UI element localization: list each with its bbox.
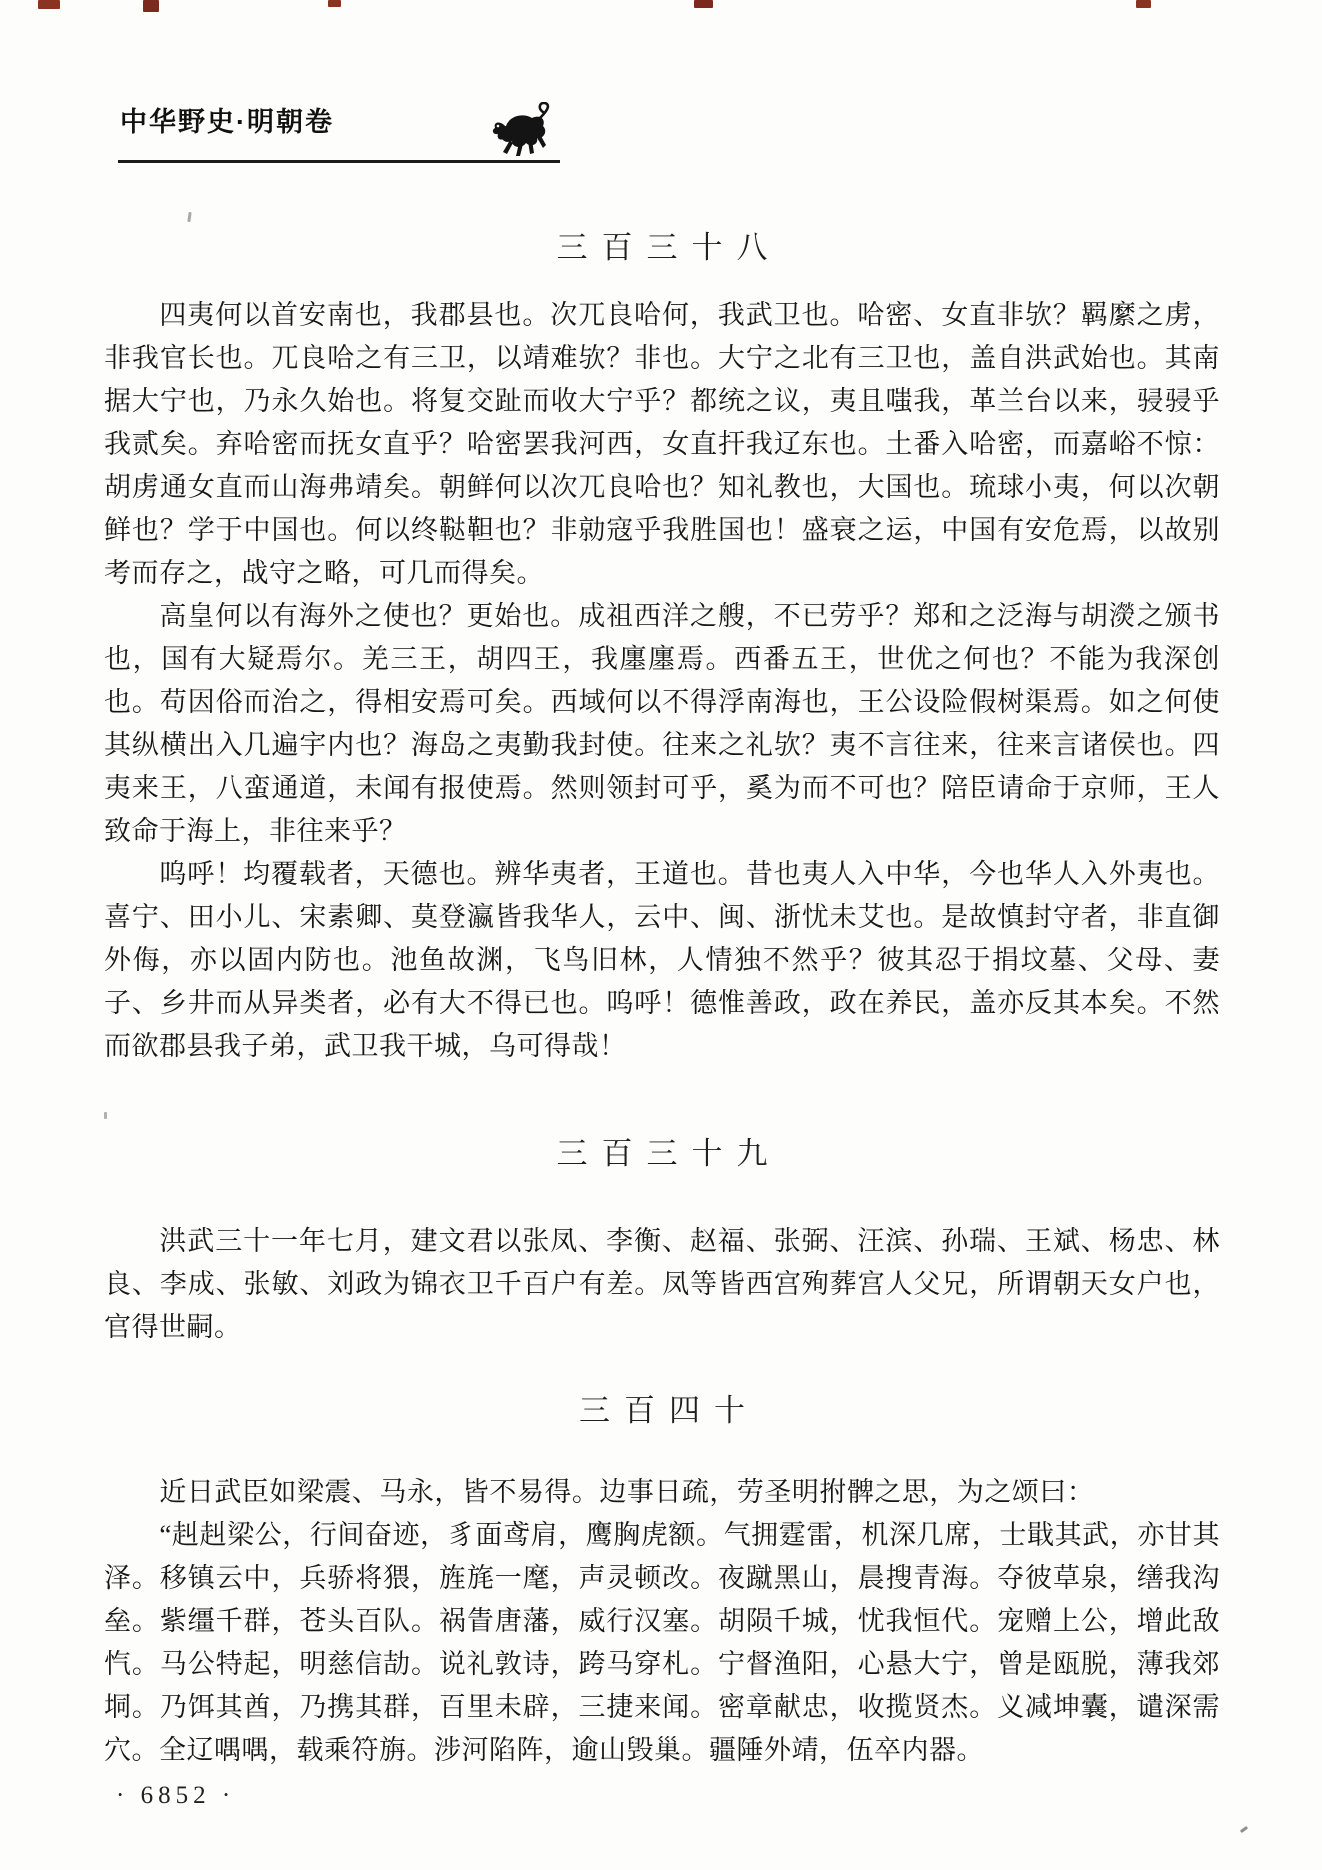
section-title-340: 三百四十 (104, 1389, 1220, 1433)
page-number: · 6852 · (116, 1782, 235, 1810)
header-rule (118, 160, 560, 163)
scan-artifact (1240, 1826, 1248, 1833)
paragraph-340-2: “赳赳梁公，行间奋迹，豸面鸢肩，鹰胸虎额。气拥霆雷，机深几席，士戢其武，亦甘其泽… (104, 1514, 1220, 1772)
paragraph-339-1: 洪武三十一年七月，建文君以张凤、李衡、赵福、张弼、汪滨、孙瑞、王斌、杨忠、林良、… (104, 1220, 1220, 1349)
book-title: 中华野史·明朝卷 (120, 100, 334, 139)
paragraph-338-1: 四夷何以首安南也，我郡县也。次兀良哈何，我武卫也。哈密、女直非欤？羁縻之虏，非我… (104, 294, 1220, 595)
paragraph-338-2: 高皇何以有海外之使也？更始也。成祖西洋之艘，不已劳乎？郑和之泛海与胡濙之颁书也，… (104, 595, 1220, 853)
scan-artifact (1136, 0, 1151, 8)
scan-artifact (143, 0, 159, 12)
paragraph-340-1: 近日武臣如梁震、马永，皆不易得。边事日疏，劳圣明拊髀之思，为之颂曰： (104, 1471, 1220, 1514)
paragraph-338-3: 呜呼！均覆载者，天德也。辨华夷者，王道也。昔也夷人入中华，今也华人入外夷也。喜宁… (104, 853, 1220, 1068)
scan-artifact (38, 0, 60, 9)
section-title-338: 三百三十八 (104, 226, 1220, 270)
page-body: 三百三十八 四夷何以首安南也，我郡县也。次兀良哈何，我武卫也。哈密、女直非欤？羁… (104, 226, 1220, 1772)
scan-artifact (694, 0, 713, 8)
scan-artifact (328, 0, 341, 7)
section-title-339: 三百三十九 (104, 1132, 1220, 1176)
beast-ornament-icon (490, 102, 554, 160)
scan-artifact (187, 212, 191, 222)
